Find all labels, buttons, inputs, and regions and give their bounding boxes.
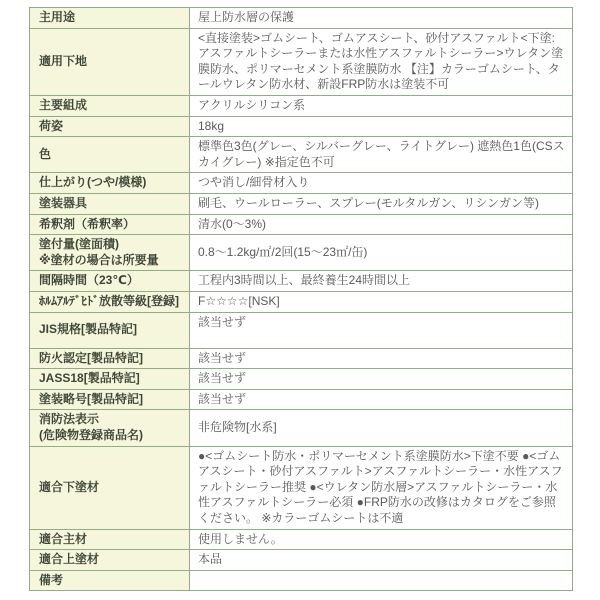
spec-label: 主用途: [30, 8, 190, 29]
spec-row: 塗付量(塗面積) ※塗材の場合は所要量0.8〜1.2kg/㎡/2回(15〜23㎡…: [30, 235, 573, 271]
spec-value: 標準色3色(グレー、シルバーグレー、ライトグレー) 遮熱色1色(CSスカイグレー…: [190, 137, 573, 173]
spec-value: 該当せず: [190, 369, 573, 390]
spec-value: F☆☆☆☆[NSK]: [190, 291, 573, 312]
spec-label: 塗装器具: [30, 193, 190, 214]
spec-value: [190, 570, 573, 591]
spec-value: 非危険物[水系]: [190, 410, 573, 446]
spec-label: JIS規格[製品特記]: [30, 312, 190, 348]
spec-row: 主要組成アクリルシリコン系: [30, 95, 573, 116]
spec-row: ﾎﾙﾑｱﾙﾃﾞﾋﾄﾞ放散等級[登録]F☆☆☆☆[NSK]: [30, 291, 573, 312]
spec-label: 塗付量(塗面積) ※塗材の場合は所要量: [30, 235, 190, 271]
spec-row: 適合主材使用しません。: [30, 529, 573, 550]
spec-row: 荷姿18kg: [30, 116, 573, 137]
spec-label: 間隔時間（23℃）: [30, 271, 190, 292]
spec-label: 主要組成: [30, 95, 190, 116]
spec-label: 色: [30, 137, 190, 173]
spec-label: 希釈剤（希釈率）: [30, 214, 190, 235]
spec-label: 消防法表示 (危険物登録商品名): [30, 410, 190, 446]
spec-value: 屋上防水層の保護: [190, 8, 573, 29]
spec-label: 塗装略号[製品特記]: [30, 389, 190, 410]
spec-row: 適合下塗材●<ゴムシート防水・ポリマーセメント系塗膜防水>下塗不要 ●<ゴムアス…: [30, 446, 573, 529]
spec-row: 主用途屋上防水層の保護: [30, 8, 573, 29]
spec-value: 本品: [190, 550, 573, 571]
spec-label: 適合主材: [30, 529, 190, 550]
spec-label: ﾎﾙﾑｱﾙﾃﾞﾋﾄﾞ放散等級[登録]: [30, 291, 190, 312]
spec-table-body: 主用途屋上防水層の保護適用下地<直接塗装>ゴムシート、ゴムアスシート、砂付アスフ…: [30, 8, 573, 591]
spec-row: 塗装器具刷毛、ウールローラー、スプレー(モルタルガン、リシンガン等): [30, 193, 573, 214]
spec-row: 備考: [30, 570, 573, 591]
spec-label: 仕上がり(つや/模様): [30, 173, 190, 194]
spec-label: 防火認定[製品特記]: [30, 348, 190, 369]
spec-row: JASS18[製品特記]該当せず: [30, 369, 573, 390]
spec-value: 工程内3時間以上、最終養生24時間以上: [190, 271, 573, 292]
spec-value: 清水(0〜3%): [190, 214, 573, 235]
spec-row: JIS規格[製品特記]該当せず: [30, 312, 573, 348]
spec-row: 消防法表示 (危険物登録商品名)非危険物[水系]: [30, 410, 573, 446]
page: 主用途屋上防水層の保護適用下地<直接塗装>ゴムシート、ゴムアスシート、砂付アスフ…: [0, 0, 600, 600]
spec-row: 間隔時間（23℃）工程内3時間以上、最終養生24時間以上: [30, 271, 573, 292]
spec-row: 希釈剤（希釈率）清水(0〜3%): [30, 214, 573, 235]
spec-label: 適合下塗材: [30, 446, 190, 529]
spec-value: 該当せず: [190, 312, 573, 348]
spec-row: 塗装略号[製品特記]該当せず: [30, 389, 573, 410]
spec-label: 適合上塗材: [30, 550, 190, 571]
spec-value: 該当せず: [190, 348, 573, 369]
spec-label: 荷姿: [30, 116, 190, 137]
spec-row: 仕上がり(つや/模様)つや消し/細骨材入り: [30, 173, 573, 194]
spec-value: ●<ゴムシート防水・ポリマーセメント系塗膜防水>下塗不要 ●<ゴムアスシート・砂…: [190, 446, 573, 529]
spec-label: 適用下地: [30, 28, 190, 95]
spec-value: アクリルシリコン系: [190, 95, 573, 116]
spec-value: <直接塗装>ゴムシート、ゴムアスシート、砂付アスファルト<下塗:アスファルトシー…: [190, 28, 573, 95]
spec-row: 適用下地<直接塗装>ゴムシート、ゴムアスシート、砂付アスファルト<下塗:アスファ…: [30, 28, 573, 95]
spec-value: 刷毛、ウールローラー、スプレー(モルタルガン、リシンガン等): [190, 193, 573, 214]
spec-value: 18kg: [190, 116, 573, 137]
spec-label: 備考: [30, 570, 190, 591]
spec-row: 適合上塗材本品: [30, 550, 573, 571]
product-spec-table: 主用途屋上防水層の保護適用下地<直接塗装>ゴムシート、ゴムアスシート、砂付アスフ…: [29, 7, 573, 591]
spec-row: 防火認定[製品特記]該当せず: [30, 348, 573, 369]
spec-value: 使用しません。: [190, 529, 573, 550]
spec-row: 色標準色3色(グレー、シルバーグレー、ライトグレー) 遮熱色1色(CSスカイグレ…: [30, 137, 573, 173]
spec-value: 0.8〜1.2kg/㎡/2回(15〜23㎡/缶): [190, 235, 573, 271]
spec-value: 該当せず: [190, 389, 573, 410]
spec-label: JASS18[製品特記]: [30, 369, 190, 390]
spec-value: つや消し/細骨材入り: [190, 173, 573, 194]
